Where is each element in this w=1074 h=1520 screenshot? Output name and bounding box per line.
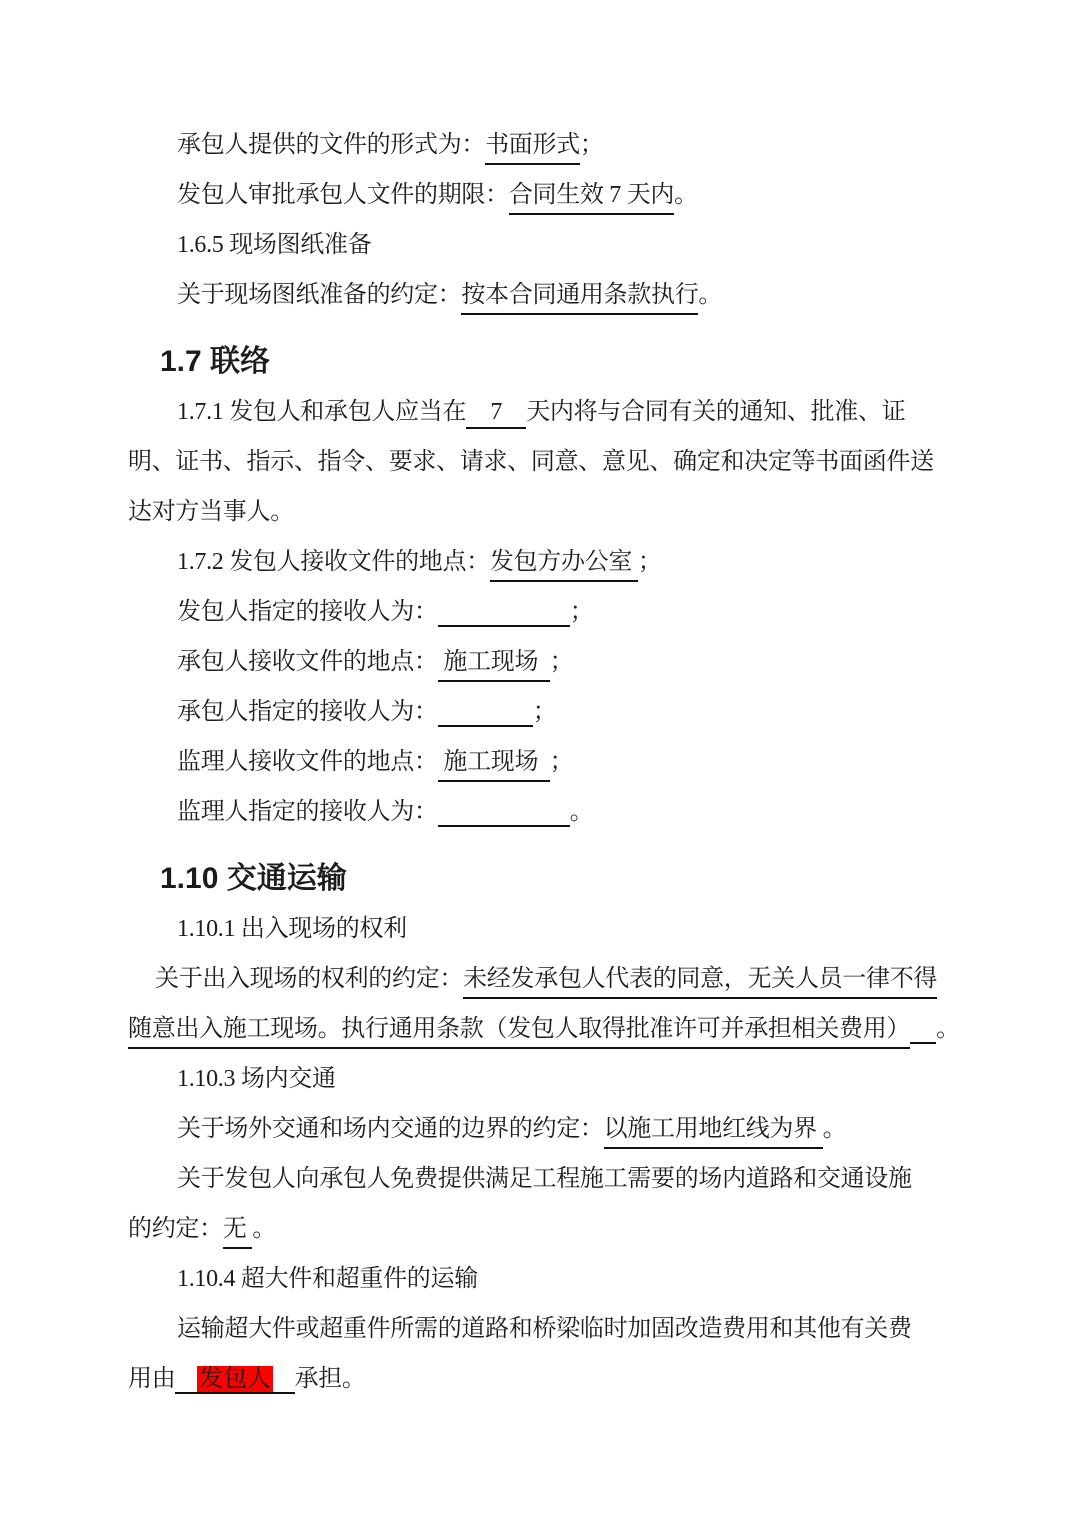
section-heading: 1.10 交通运输 <box>128 854 958 904</box>
doc-line: 1.7.2 发包人接收文件的地点：发包方办公室 ； <box>128 537 958 587</box>
blank-field <box>438 825 570 827</box>
doc-line: 1.10.1 出入现场的权利 <box>128 904 958 954</box>
text-segment: 运输超大件或超重件所需的道路和桥梁临时加固改造费用和其他有关费 <box>177 1316 912 1342</box>
contract-page: 承包人提供的文件的形式为：书面形式；发包人审批承包人文件的期限：合同生效 7 天… <box>0 0 1074 1520</box>
text-segment: 天内将与合同有关的通知、批准、证 <box>526 399 905 425</box>
text-segment: 的约定： <box>128 1216 223 1242</box>
doc-line: 用由发包人承担。 <box>128 1354 958 1404</box>
text-segment: 发包人指定的接收人为： <box>177 599 438 625</box>
blank-field <box>910 1042 936 1044</box>
text-segment: 承包人指定的接收人为： <box>177 699 438 725</box>
text-segment: ； <box>570 599 594 625</box>
underlined-value: 按本合同通用条款执行 <box>461 282 698 315</box>
text-segment: ； <box>580 132 604 158</box>
text-segment: 关于现场图纸准备的约定： <box>177 282 461 308</box>
text-segment: 明、证书、指示、指令、要求、请求、同意、意见、确定和决定等书面函件送 <box>128 449 934 475</box>
text-segment: 。 <box>252 1216 276 1242</box>
blank-field <box>273 1392 295 1394</box>
text-segment: 。 <box>570 799 594 825</box>
text-segment: 1.10.3 场内交通 <box>177 1066 336 1092</box>
text-segment: 关于出入现场的权利的约定： <box>155 966 463 992</box>
text-segment: 1.10.4 超大件和超重件的运输 <box>177 1266 478 1292</box>
text-segment: ； <box>550 649 574 675</box>
underlined-value: 未经发承包人代表的同意，无关人员一律不得 <box>463 966 937 999</box>
doc-line: 监理人接收文件的地点： 施工现场 ； <box>128 737 958 787</box>
underlined-value: 以施工用地红线为界 <box>604 1116 823 1149</box>
text-segment: 。 <box>823 1116 847 1142</box>
text-segment: 承包人提供的文件的形式为： <box>177 132 485 158</box>
doc-line: 1.6.5 现场图纸准备 <box>128 220 958 270</box>
doc-line: 随意出入施工现场。执行通用条款（发包人取得批准许可并承担相关费用）。 <box>128 1004 958 1054</box>
text-segment: ； <box>533 699 557 725</box>
text-segment: 承担。 <box>295 1366 366 1392</box>
text-segment: 1.6.5 现场图纸准备 <box>177 232 371 258</box>
text-segment: 发包人审批承包人文件的期限： <box>177 182 509 208</box>
doc-line: 承包人指定的接收人为：； <box>128 687 958 737</box>
text-segment: 。 <box>936 1016 960 1042</box>
blank-field <box>438 725 533 727</box>
text-segment: 1.7.1 发包人和承包人应当在 <box>177 399 466 425</box>
text-segment: 。 <box>698 282 722 308</box>
doc-line: 承包人提供的文件的形式为：书面形式； <box>128 120 958 170</box>
underlined-value: 书面形式 <box>485 132 580 165</box>
underlined-value: 施工现场 <box>438 749 550 782</box>
doc-line: 监理人指定的接收人为：。 <box>128 787 958 837</box>
text-segment: 1.10.1 出入现场的权利 <box>177 916 407 942</box>
underlined-value: 发包方办公室 <box>490 549 638 582</box>
section-heading: 1.7 联络 <box>128 337 958 387</box>
text-segment: 用由 <box>128 1366 175 1392</box>
text-segment: 1.10 交通运输 <box>160 862 347 895</box>
text-segment: 达对方当事人。 <box>128 499 294 525</box>
text-segment: ； <box>550 749 574 775</box>
doc-line: 承包人接收文件的地点： 施工现场 ； <box>128 637 958 687</box>
doc-line: 1.10.3 场内交通 <box>128 1054 958 1104</box>
doc-line: 运输超大件或超重件所需的道路和桥梁临时加固改造费用和其他有关费 <box>128 1304 958 1354</box>
text-segment: 1.7.2 发包人接收文件的地点： <box>177 549 490 575</box>
doc-line: 关于场外交通和场内交通的边界的约定：以施工用地红线为界 。 <box>128 1104 958 1154</box>
doc-line: 的约定：无 。 <box>128 1204 958 1254</box>
blank-field <box>438 625 570 627</box>
doc-line: 明、证书、指示、指令、要求、请求、同意、意见、确定和决定等书面函件送 <box>128 437 958 487</box>
underlined-value: 随意出入施工现场。执行通用条款（发包人取得批准许可并承担相关费用） <box>128 1016 910 1049</box>
doc-line: 发包人指定的接收人为：； <box>128 587 958 637</box>
underlined-value: 合同生效 7 天内 <box>509 182 674 215</box>
filled-blank-field: 7 <box>466 397 526 429</box>
text-segment: 1.7 联络 <box>160 345 270 378</box>
text-segment: 承包人接收文件的地点： <box>177 649 438 675</box>
text-segment: 监理人指定的接收人为： <box>177 799 438 825</box>
text-segment: ； <box>638 549 662 575</box>
doc-line: 发包人审批承包人文件的期限：合同生效 7 天内。 <box>128 170 958 220</box>
text-segment: 关于场外交通和场内交通的边界的约定： <box>177 1116 604 1142</box>
underlined-value: 无 <box>223 1216 252 1249</box>
highlighted-text: 发包人 <box>197 1366 272 1394</box>
blank-field <box>175 1392 197 1394</box>
underlined-value: 施工现场 <box>438 649 550 682</box>
doc-line: 达对方当事人。 <box>128 487 958 537</box>
text-segment: 监理人接收文件的地点： <box>177 749 438 775</box>
doc-line: 关于现场图纸准备的约定：按本合同通用条款执行。 <box>128 270 958 320</box>
doc-line: 1.10.4 超大件和超重件的运输 <box>128 1254 958 1304</box>
doc-line: 关于出入现场的权利的约定：未经发承包人代表的同意，无关人员一律不得 <box>128 954 958 1004</box>
text-segment: 。 <box>674 182 698 208</box>
doc-line: 关于发包人向承包人免费提供满足工程施工需要的场内道路和交通设施 <box>128 1154 958 1204</box>
doc-line: 1.7.1 发包人和承包人应当在7天内将与合同有关的通知、批准、证 <box>128 387 958 437</box>
text-segment: 关于发包人向承包人免费提供满足工程施工需要的场内道路和交通设施 <box>177 1166 912 1192</box>
